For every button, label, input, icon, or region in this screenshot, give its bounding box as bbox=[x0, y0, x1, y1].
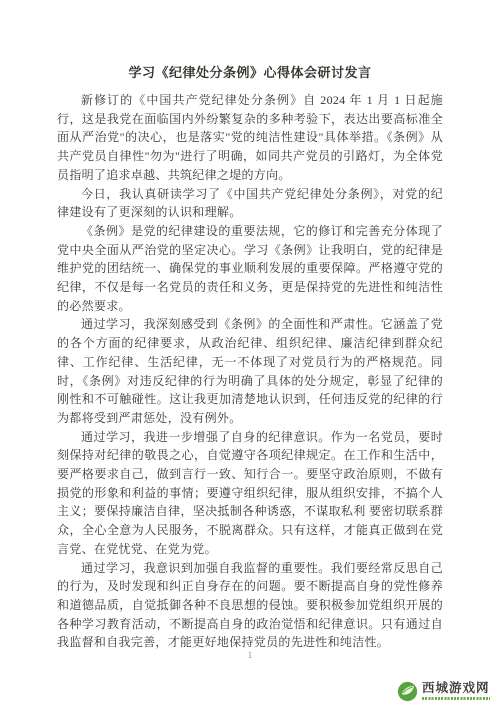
document-title: 学习《纪律处分条例》心得体会研讨发言 bbox=[57, 62, 443, 81]
paragraph: 通过学习，我意识到加强自我监督的重要性。我们要经常反思自己的行为，及时发现和纠正… bbox=[57, 559, 443, 653]
paragraph: 今日，我认真研读学习了《中国共产党纪律处分条例》，对党的纪律建设有了更深刻的认识… bbox=[57, 185, 443, 222]
document-body: 新修订的《中国共产党纪律处分条例》自 2024 年 1 月 1 日起施行，这是我… bbox=[57, 91, 443, 652]
watermark-tagline-strip bbox=[422, 697, 490, 700]
site-logo-icon bbox=[397, 681, 418, 702]
watermark-site-name: 西城游戏网 bbox=[422, 682, 490, 695]
paragraph: 新修订的《中国共产党纪律处分条例》自 2024 年 1 月 1 日起施行，这是我… bbox=[57, 91, 443, 185]
paragraph: 通过学习，我深刻感受到《条例》的全面性和严肃性。它涵盖了党的各个方面的纪律要求，… bbox=[57, 315, 443, 427]
watermark-badge: 西城游戏网 bbox=[397, 678, 493, 704]
watermark-text-group: 西城游戏网 bbox=[422, 682, 490, 700]
paragraph: 《条例》是党的纪律建设的重要法规，它的修订和完善充分体现了党中央全面从严治党的坚… bbox=[57, 222, 443, 316]
page-number: 1 bbox=[0, 650, 500, 660]
document-page: 学习《纪律处分条例》心得体会研讨发言 新修订的《中国共产党纪律处分条例》自 20… bbox=[0, 0, 500, 708]
paragraph: 通过学习，我进一步增强了自身的纪律意识。作为一名党员，要时刻保持对纪律的敬畏之心… bbox=[57, 428, 443, 559]
